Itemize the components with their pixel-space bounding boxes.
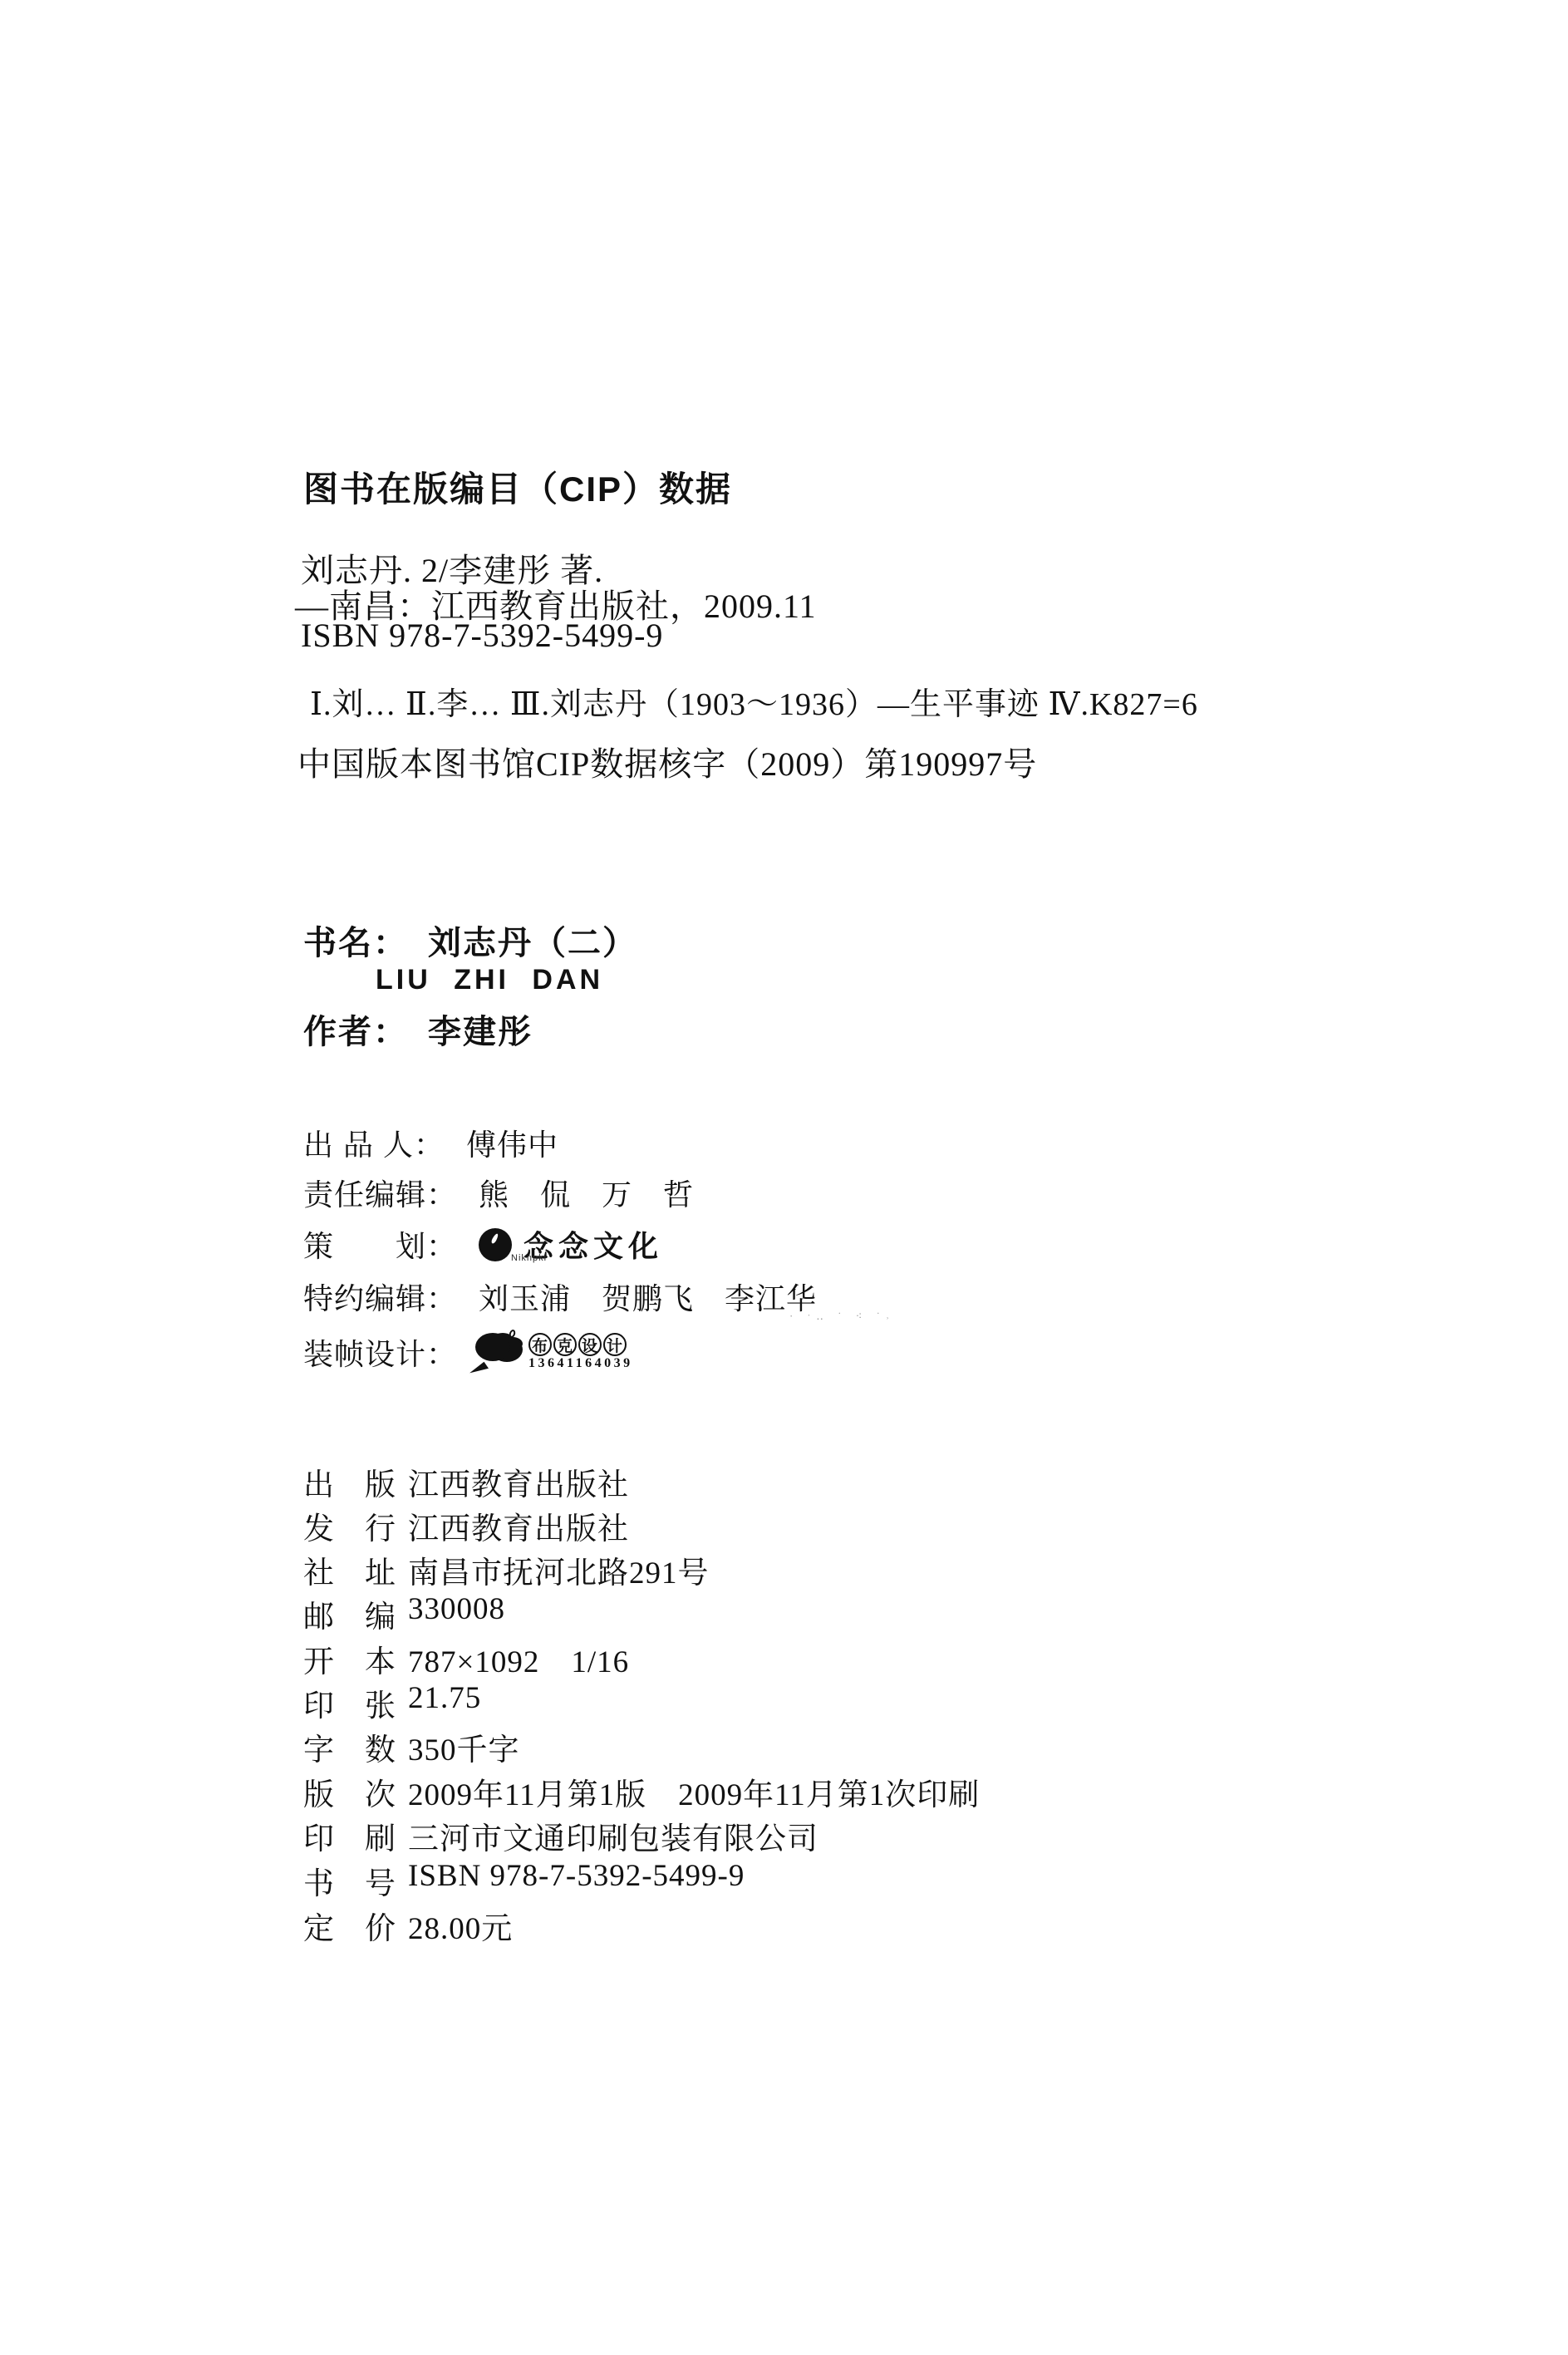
book-title-pinyin: LIU ZHI DAN xyxy=(376,964,603,996)
contributing-editor-names: 刘玉浦 贺鹏飞 李江华 xyxy=(479,1276,817,1318)
row-value: 21.75 xyxy=(408,1680,481,1725)
row-value: 江西教育出版社 xyxy=(408,1503,629,1548)
book-title: 刘志丹（二） xyxy=(428,925,637,961)
book-title-row: 书名：刘志丹（二） xyxy=(303,917,637,964)
editor-row: 责任编辑：熊 侃 万 哲 xyxy=(303,1172,694,1214)
publication-row-sheets: 印 张 21.75 xyxy=(303,1680,481,1725)
cip-isbn-line: ISBN 978-7-5392-5499-9 xyxy=(301,616,663,655)
design-studio-phone: 13641164039 xyxy=(528,1356,633,1371)
planner-label: 策 划： xyxy=(303,1223,457,1266)
row-label: 书 号 xyxy=(303,1858,381,1903)
stamp-char: 计 xyxy=(603,1333,627,1356)
planner-brand-caption: Niknpki xyxy=(511,1253,547,1263)
cip-classification-line: Ⅰ.刘… Ⅱ.李… Ⅲ.刘志丹（1903～1936）—生平事迹 Ⅳ.K827=6 xyxy=(310,678,1198,724)
publication-row-wordcount: 字 数 350千字 xyxy=(303,1724,520,1769)
row-value: 787×1092 1/16 xyxy=(408,1636,629,1681)
row-value: 350千字 xyxy=(408,1724,520,1769)
design-row: 装帧设计： 布 克 设 计 13641164039 xyxy=(303,1328,633,1376)
row-label: 社 址 xyxy=(303,1547,381,1592)
row-label: 字 数 xyxy=(303,1724,381,1769)
publication-row-postcode: 邮 编 330008 xyxy=(303,1591,505,1636)
design-studio-mark: 布 克 设 计 13641164039 xyxy=(528,1333,633,1371)
producer-row: 出 品 人：傅伟中 xyxy=(303,1122,558,1164)
book-title-label: 书名： xyxy=(303,925,408,961)
row-label: 定 价 xyxy=(303,1903,381,1948)
publication-row-edition: 版 次 2009年11月第1版 2009年11月第1次印刷 xyxy=(303,1769,980,1814)
row-label: 出 版 xyxy=(303,1459,381,1504)
producer-label: 出 品 人： xyxy=(303,1122,445,1164)
publication-row-printer: 印 刷 三河市文通印刷包装有限公司 xyxy=(303,1813,818,1858)
book-author-row: 作者：李建彤 xyxy=(303,1005,533,1053)
row-value: 2009年11月第1版 2009年11月第1次印刷 xyxy=(408,1769,980,1814)
editor-names: 熊 侃 万 哲 xyxy=(479,1172,694,1214)
publication-row-format: 开 本 787×1092 1/16 xyxy=(303,1636,629,1681)
cip-block-heading: 图书在版编目（CIP）数据 xyxy=(303,462,732,512)
book-copyright-page: 图书在版编目（CIP）数据 刘志丹. 2/李建彤 著. —南昌：江西教育出版社，… xyxy=(0,0,1568,2355)
row-label: 印 张 xyxy=(303,1680,381,1725)
design-label: 装帧设计： xyxy=(303,1331,457,1374)
row-value: 三河市文通印刷包装有限公司 xyxy=(408,1813,818,1858)
publication-row-address: 社 址 南昌市抚河北路291号 xyxy=(303,1547,710,1592)
publication-row-price: 定 价 28.00元 xyxy=(303,1903,513,1948)
row-label: 印 刷 xyxy=(303,1813,381,1858)
scan-noise-marks: · ˑ‥ ˙ ⁖ ˙˒ xyxy=(789,1310,895,1323)
planner-row: 策 划： 念念文化 xyxy=(303,1223,663,1266)
cip-record-number: 中国版本图书馆CIP数据核字（2009）第190997号 xyxy=(297,738,1037,785)
editor-label: 责任编辑： xyxy=(303,1172,457,1214)
book-author-label: 作者： xyxy=(303,1014,408,1050)
row-value: 28.00元 xyxy=(408,1903,513,1948)
row-label: 开 本 xyxy=(303,1636,381,1681)
stamp-char: 克 xyxy=(553,1333,577,1356)
logo-cloud-tail xyxy=(469,1360,489,1376)
publication-row-distributor: 发 行 江西教育出版社 xyxy=(303,1503,629,1548)
publication-row-publisher: 出 版 江西教育出版社 xyxy=(303,1459,629,1504)
stamp-char: 布 xyxy=(528,1333,552,1356)
book-author: 李建彤 xyxy=(428,1014,533,1050)
logo-cloud-shape xyxy=(475,1333,510,1361)
publication-row-isbn: 书 号 ISBN 978-7-5392-5499-9 xyxy=(303,1858,745,1903)
row-value: 330008 xyxy=(408,1591,505,1636)
logo-white-speck xyxy=(509,1329,517,1339)
row-label: 发 行 xyxy=(303,1503,381,1548)
row-value: 南昌市抚河北路291号 xyxy=(408,1547,710,1592)
nian-nian-culture-logo-icon xyxy=(479,1228,512,1261)
producer-name: 傅伟中 xyxy=(466,1122,558,1164)
row-value: ISBN 978-7-5392-5499-9 xyxy=(408,1858,745,1903)
buke-design-logo-icon xyxy=(472,1328,527,1376)
contributing-editors-row: 特约编辑：刘玉浦 贺鹏飞 李江华 xyxy=(303,1276,817,1318)
stamp-char: 设 xyxy=(578,1333,602,1356)
contributing-editors-label: 特约编辑： xyxy=(303,1276,457,1318)
design-studio-stamp-characters: 布 克 设 计 xyxy=(528,1333,627,1356)
row-value: 江西教育出版社 xyxy=(408,1459,629,1504)
row-label: 版 次 xyxy=(303,1769,381,1814)
row-label: 邮 编 xyxy=(303,1591,381,1636)
